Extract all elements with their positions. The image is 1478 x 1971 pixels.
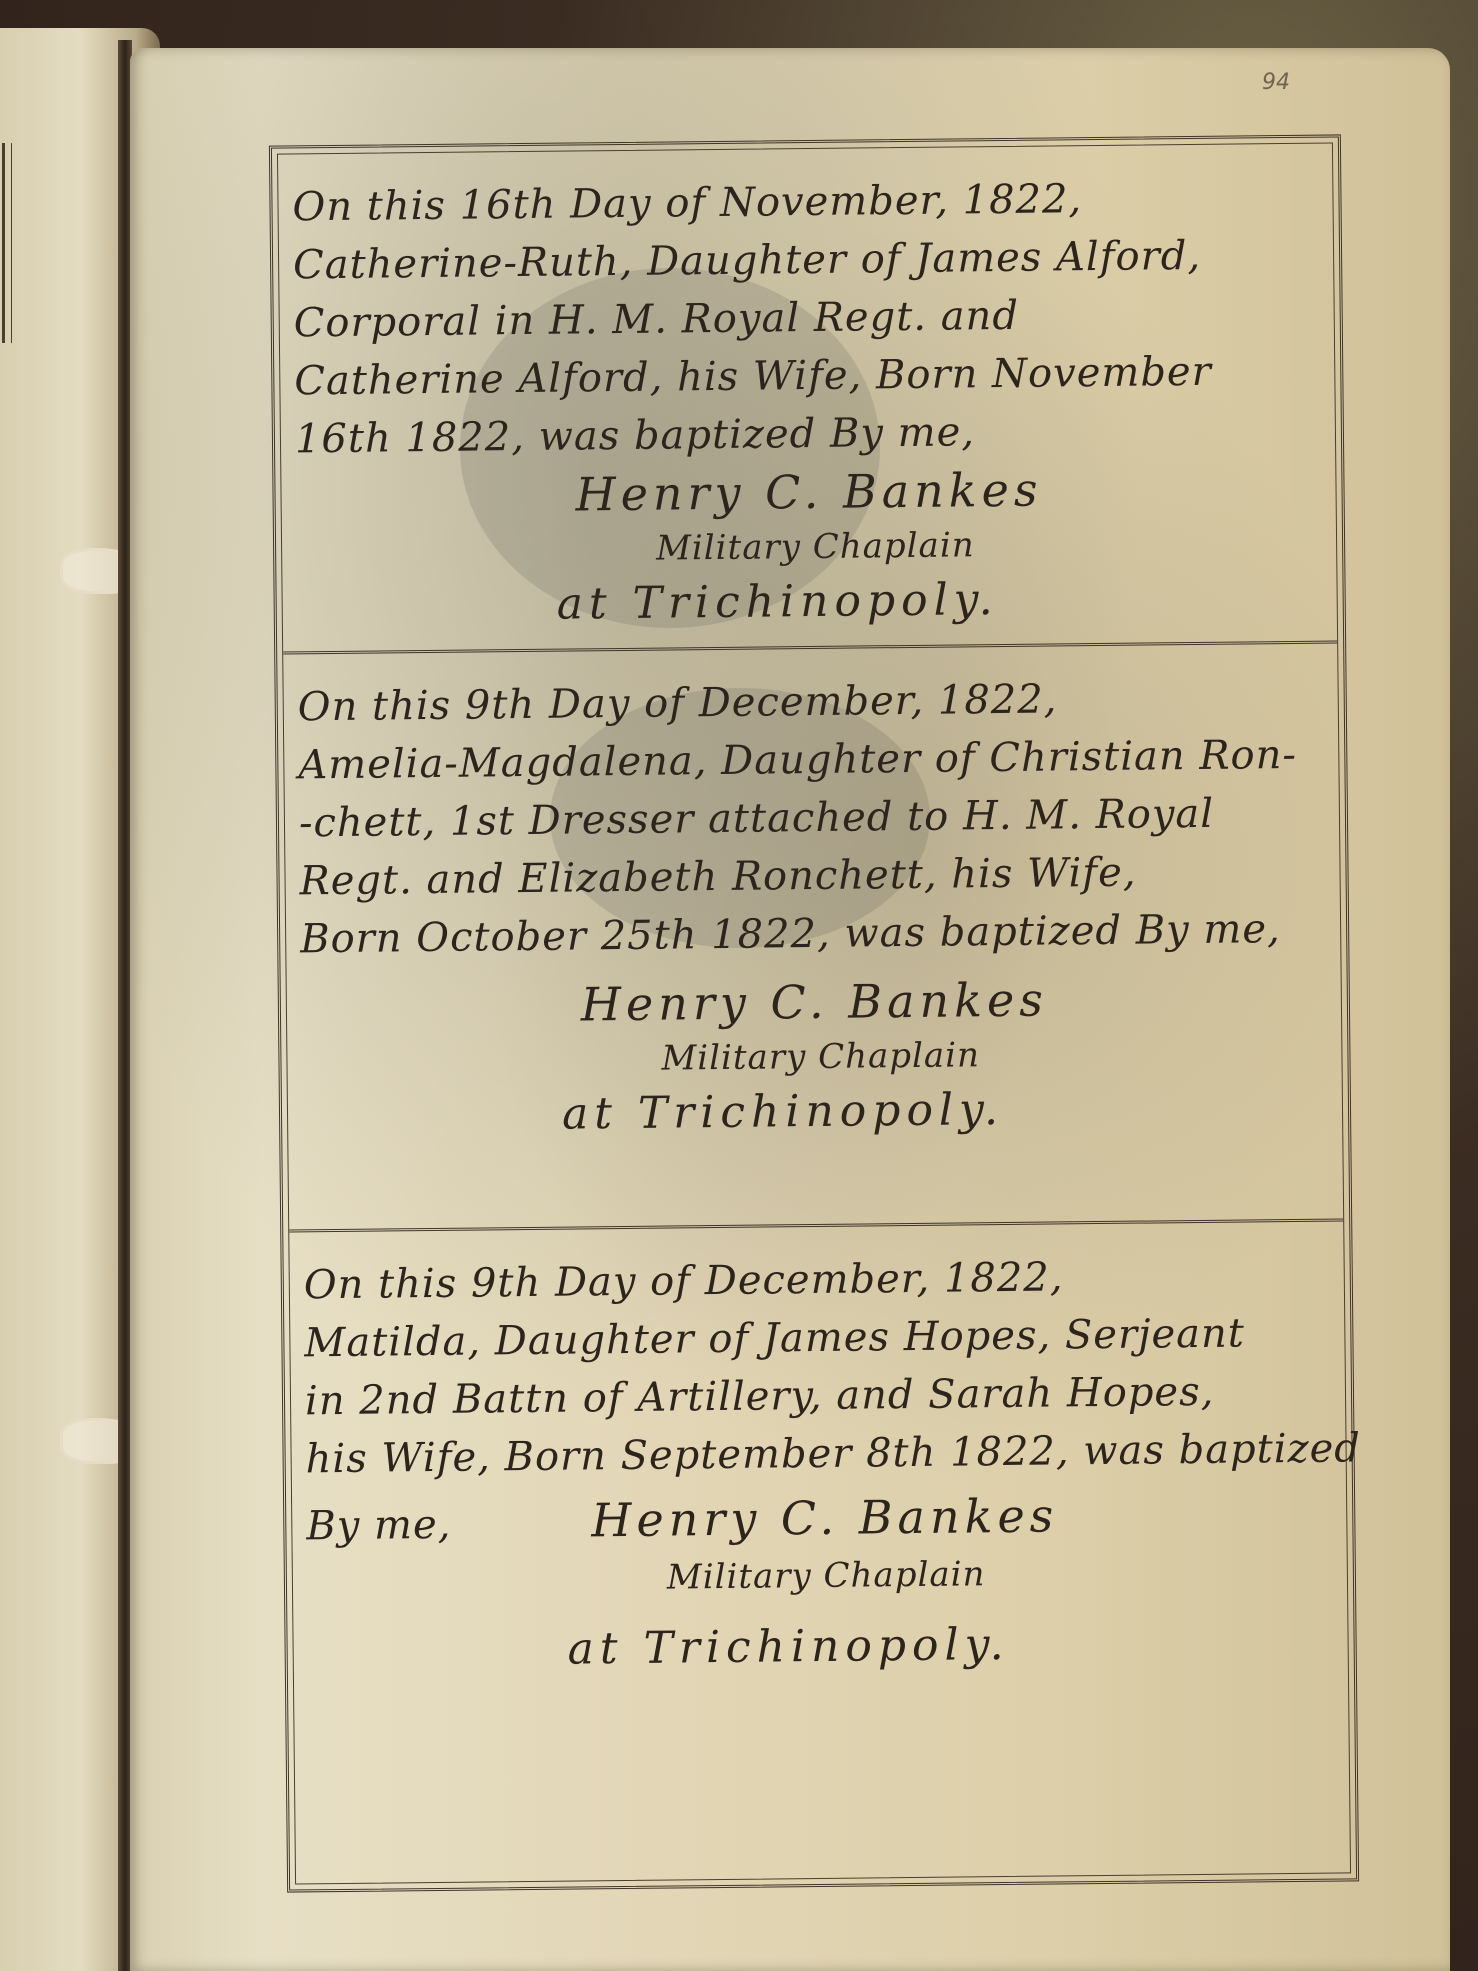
- entry-line: 16th 1822, was baptized By me,: [295, 400, 1316, 469]
- chaplain-signature: Henry C. Bankes: [591, 1488, 1058, 1547]
- page-number: 94: [1262, 70, 1290, 95]
- entry-line: Catherine-Ruth, Daughter of James Alford…: [293, 226, 1314, 295]
- baptism-entry-3: On this 9th Day of December, 1822, Matil…: [289, 1221, 1350, 1883]
- left-page-frame-fragment: [2, 143, 12, 343]
- place-name: at Trichinopoly.: [562, 1078, 1323, 1144]
- chaplain-signature: Henry C. Bankes: [575, 458, 1316, 524]
- place-name: at Trichinopoly.: [567, 1613, 1328, 1679]
- chaplain-signature: Henry C. Bankes: [581, 968, 1322, 1034]
- entry-line: Born October 25th 1822, was baptized By …: [300, 900, 1321, 969]
- chaplain-title: Military Chaplain: [667, 1545, 1328, 1604]
- entry-line: -chett, 1st Dresser attached to H. M. Ro…: [299, 784, 1320, 853]
- entry-line: his Wife, Born September 8th 1822, was b…: [305, 1420, 1326, 1489]
- register-frame: On this 16th Day of November, 1822, Cath…: [269, 134, 1359, 1892]
- baptism-entry-1: On this 16th Day of November, 1822, Cath…: [278, 144, 1337, 655]
- entry-line: Matilda, Daughter of James Hopes, Serjea…: [304, 1304, 1325, 1373]
- register-page: 94 On this 16th Day of November, 1822, C…: [130, 48, 1450, 1971]
- entry-line: On this 9th Day of December, 1822,: [297, 668, 1318, 737]
- entry-line: On this 9th Day of December, 1822,: [304, 1246, 1325, 1315]
- closing-phrase: By me,: [306, 1496, 452, 1556]
- place-name: at Trichinopoly.: [556, 568, 1317, 634]
- entry-line: Catherine Alford, his Wife, Born Novembe…: [294, 342, 1315, 411]
- chaplain-title: Military Chaplain: [661, 1026, 1322, 1085]
- entry-line: On this 16th Day of November, 1822,: [292, 168, 1313, 237]
- entry-line: Corporal in H. M. Royal Regt. and: [293, 284, 1314, 353]
- entry-line: Regt. and Elizabeth Ronchett, his Wife,: [299, 842, 1320, 911]
- entry-line: Amelia-Magdalena, Daughter of Christian …: [298, 726, 1319, 795]
- chaplain-title: Military Chaplain: [656, 516, 1317, 575]
- baptism-entry-2: On this 9th Day of December, 1822, Ameli…: [283, 644, 1343, 1233]
- entry-line: in 2nd Battn of Artillery, and Sarah Hop…: [305, 1362, 1326, 1431]
